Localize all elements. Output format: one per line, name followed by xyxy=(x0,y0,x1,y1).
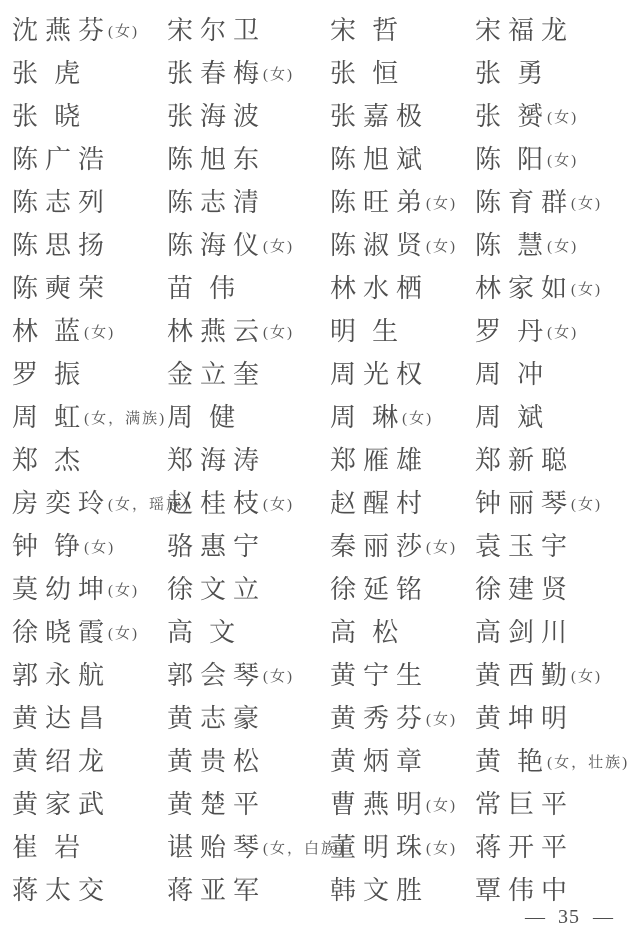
person-name: 陈志清 xyxy=(167,182,266,219)
gender-ethnicity-note: (女) xyxy=(547,321,578,342)
person-name: 蒋开平 xyxy=(475,827,574,864)
person-name: 韩文胜 xyxy=(330,870,429,907)
person-name: 陈 慧 xyxy=(475,225,550,262)
gender-ethnicity-note: (女) xyxy=(426,192,457,213)
person-name: 钟丽琴 xyxy=(475,483,574,520)
person-name: 蒋亚军 xyxy=(167,870,266,907)
name-entry: 陈旭东 xyxy=(167,136,330,179)
name-entry: 莫幼坤 (女) xyxy=(12,566,167,609)
person-name: 莫幼坤 xyxy=(12,569,111,606)
person-name: 林水栖 xyxy=(330,268,429,305)
gender-ethnicity-note: (女) xyxy=(571,278,602,299)
name-entry: 蒋亚军 xyxy=(167,867,330,910)
name-entry: 房奕玲 (女，瑶族) xyxy=(12,480,167,523)
name-entry: 常巨平 xyxy=(475,781,640,824)
person-name: 黄志豪 xyxy=(167,698,266,735)
gender-ethnicity-note: (女) xyxy=(84,536,115,557)
name-entry: 张春梅 (女) xyxy=(167,50,330,93)
person-name: 袁玉宇 xyxy=(475,526,574,563)
name-entry: 陈海仪 (女) xyxy=(167,222,330,265)
person-name: 秦丽莎 xyxy=(330,526,429,563)
person-name: 郑新聪 xyxy=(475,440,574,477)
name-entry: 黄楚平 xyxy=(167,781,330,824)
person-name: 罗 丹 xyxy=(475,311,550,348)
person-name: 谌贻琴 xyxy=(167,827,266,864)
name-entry: 张嘉极 xyxy=(330,93,475,136)
document-page: 沈燕芬 (女) 宋尔卫 宋 哲 宋福龙 张 虎 张春梅 (女) 张 恒 张 勇 … xyxy=(0,0,640,947)
page-footer: — 35 — xyxy=(525,906,613,929)
name-entry: 徐延铭 xyxy=(330,566,475,609)
name-entry: 林燕云 (女) xyxy=(167,308,330,351)
person-name: 张 晓 xyxy=(12,96,87,133)
name-entry: 宋 哲 xyxy=(330,7,475,50)
name-entry: 陈淑贤 (女) xyxy=(330,222,475,265)
person-name: 陈志列 xyxy=(12,182,111,219)
name-entry: 高 松 xyxy=(330,609,475,652)
person-name: 周 冲 xyxy=(475,354,550,391)
name-entry: 陈 慧 (女) xyxy=(475,222,640,265)
name-entry: 袁玉宇 xyxy=(475,523,640,566)
person-name: 沈燕芬 xyxy=(12,10,111,47)
gender-ethnicity-note: (女) xyxy=(263,321,294,342)
person-name: 宋 哲 xyxy=(330,10,405,47)
person-name: 陈海仪 xyxy=(167,225,266,262)
name-entry: 覃伟中 xyxy=(475,867,640,910)
person-name: 赵醒村 xyxy=(330,483,429,520)
name-entry: 高剑川 xyxy=(475,609,640,652)
name-entry: 蒋开平 xyxy=(475,824,640,867)
person-name: 郑雁雄 xyxy=(330,440,429,477)
name-entry: 黄宁生 xyxy=(330,652,475,695)
person-name: 常巨平 xyxy=(475,784,574,821)
person-name: 陈思扬 xyxy=(12,225,111,262)
person-name: 黄家武 xyxy=(12,784,111,821)
name-entry: 周 琳 (女) xyxy=(330,394,475,437)
gender-ethnicity-note: (女) xyxy=(571,665,602,686)
name-entry: 周 虹 (女，满族) xyxy=(12,394,167,437)
name-entry: 黄坤明 xyxy=(475,695,640,738)
name-entry: 赵醒村 xyxy=(330,480,475,523)
name-entry: 黄绍龙 xyxy=(12,738,167,781)
gender-ethnicity-note: (女) xyxy=(426,708,457,729)
person-name: 明 生 xyxy=(330,311,405,348)
person-name: 黄 艳 xyxy=(475,741,550,778)
name-entry: 郑雁雄 xyxy=(330,437,475,480)
name-entry: 曹燕明 (女) xyxy=(330,781,475,824)
person-name: 陈奭荣 xyxy=(12,268,111,305)
name-entry: 陈广浩 xyxy=(12,136,167,179)
name-entry: 罗 振 xyxy=(12,351,167,394)
name-entry: 郑 杰 xyxy=(12,437,167,480)
person-name: 金立奎 xyxy=(167,354,266,391)
name-entry: 徐晓霞 (女) xyxy=(12,609,167,652)
person-name: 黄秀芬 xyxy=(330,698,429,735)
footer-right-dash: — xyxy=(593,906,613,929)
person-name: 罗 振 xyxy=(12,354,87,391)
gender-ethnicity-note: (女) xyxy=(547,149,578,170)
gender-ethnicity-note: (女) xyxy=(402,407,433,428)
person-name: 陈广浩 xyxy=(12,139,111,176)
footer-left-dash: — xyxy=(525,906,545,929)
person-name: 张 勇 xyxy=(475,53,550,90)
gender-ethnicity-note: (女) xyxy=(426,837,457,858)
person-name: 宋福龙 xyxy=(475,10,574,47)
person-name: 黄西勤 xyxy=(475,655,574,692)
gender-ethnicity-note: (女，白族) xyxy=(263,837,345,858)
name-entry: 陈旭斌 xyxy=(330,136,475,179)
person-name: 陈淑贤 xyxy=(330,225,429,262)
person-name: 林燕云 xyxy=(167,311,266,348)
name-entry: 郭会琴 (女) xyxy=(167,652,330,695)
name-entry: 陈志列 xyxy=(12,179,167,222)
person-name: 苗 伟 xyxy=(167,268,242,305)
name-entry: 蒋太交 xyxy=(12,867,167,910)
person-name: 骆惠宁 xyxy=(167,526,266,563)
name-entry: 高 文 xyxy=(167,609,330,652)
gender-ethnicity-note: (女) xyxy=(571,493,602,514)
name-entry: 黄炳章 xyxy=(330,738,475,781)
person-name: 郭会琴 xyxy=(167,655,266,692)
person-name: 宋尔卫 xyxy=(167,10,266,47)
name-entry: 徐文立 xyxy=(167,566,330,609)
person-name: 黄炳章 xyxy=(330,741,429,778)
person-name: 周 虹 xyxy=(12,397,87,434)
name-entry: 陈志清 xyxy=(167,179,330,222)
name-entry: 骆惠宁 xyxy=(167,523,330,566)
name-entry: 陈奭荣 xyxy=(12,265,167,308)
name-entry: 钟丽琴 (女) xyxy=(475,480,640,523)
name-entry: 周 健 xyxy=(167,394,330,437)
person-name: 陈旭斌 xyxy=(330,139,429,176)
name-entry: 林 蓝 (女) xyxy=(12,308,167,351)
name-entry: 金立奎 xyxy=(167,351,330,394)
person-name: 高剑川 xyxy=(475,612,574,649)
name-entry: 黄 艳 (女，壮族) xyxy=(475,738,640,781)
person-name: 周光权 xyxy=(330,354,429,391)
name-entry: 徐建贤 xyxy=(475,566,640,609)
name-entry: 郭永航 xyxy=(12,652,167,695)
gender-ethnicity-note: (女) xyxy=(571,192,602,213)
name-entry: 谌贻琴 (女，白族) xyxy=(167,824,330,867)
name-entry: 黄家武 xyxy=(12,781,167,824)
gender-ethnicity-note: (女) xyxy=(84,321,115,342)
person-name: 郑 杰 xyxy=(12,440,87,477)
name-entry: 黄西勤 (女) xyxy=(475,652,640,695)
name-entry: 郑新聪 xyxy=(475,437,640,480)
name-entry: 黄志豪 xyxy=(167,695,330,738)
name-entry: 黄达昌 xyxy=(12,695,167,738)
person-name: 张 赟 xyxy=(475,96,550,133)
person-name: 高 松 xyxy=(330,612,405,649)
name-entry: 周 斌 xyxy=(475,394,640,437)
person-name: 周 健 xyxy=(167,397,242,434)
person-name: 黄绍龙 xyxy=(12,741,111,778)
person-name: 徐建贤 xyxy=(475,569,574,606)
name-entry: 崔 岩 xyxy=(12,824,167,867)
name-entry: 周 冲 xyxy=(475,351,640,394)
person-name: 高 文 xyxy=(167,612,242,649)
person-name: 张 恒 xyxy=(330,53,405,90)
name-entry: 黄秀芬 (女) xyxy=(330,695,475,738)
gender-ethnicity-note: (女) xyxy=(263,63,294,84)
gender-ethnicity-note: (女) xyxy=(426,794,457,815)
gender-ethnicity-note: (女) xyxy=(426,235,457,256)
name-entry: 罗 丹 (女) xyxy=(475,308,640,351)
name-entry: 张 虎 xyxy=(12,50,167,93)
gender-ethnicity-note: (女) xyxy=(547,235,578,256)
person-name: 蒋太交 xyxy=(12,870,111,907)
gender-ethnicity-note: (女) xyxy=(547,106,578,127)
gender-ethnicity-note: (女，瑶族) xyxy=(108,493,190,514)
person-name: 曹燕明 xyxy=(330,784,429,821)
name-entry: 董明珠 (女) xyxy=(330,824,475,867)
name-entry: 林水栖 xyxy=(330,265,475,308)
name-entry: 明 生 xyxy=(330,308,475,351)
person-name: 陈育群 xyxy=(475,182,574,219)
name-entry: 张 勇 xyxy=(475,50,640,93)
gender-ethnicity-note: (女) xyxy=(263,235,294,256)
name-entry: 张 恒 xyxy=(330,50,475,93)
name-entry: 沈燕芬 (女) xyxy=(12,7,167,50)
person-name: 徐延铭 xyxy=(330,569,429,606)
person-name: 周 斌 xyxy=(475,397,550,434)
person-name: 陈旭东 xyxy=(167,139,266,176)
name-entry: 周光权 xyxy=(330,351,475,394)
person-name: 徐文立 xyxy=(167,569,266,606)
name-entry: 张 赟 (女) xyxy=(475,93,640,136)
person-name: 周 琳 xyxy=(330,397,405,434)
gender-ethnicity-note: (女) xyxy=(426,536,457,557)
gender-ethnicity-note: (女) xyxy=(108,20,139,41)
person-name: 郑海涛 xyxy=(167,440,266,477)
person-name: 徐晓霞 xyxy=(12,612,111,649)
name-entry: 黄贵松 xyxy=(167,738,330,781)
name-entry: 张海波 xyxy=(167,93,330,136)
person-name: 钟 铮 xyxy=(12,526,87,563)
person-name: 黄楚平 xyxy=(167,784,266,821)
person-name: 张嘉极 xyxy=(330,96,429,133)
name-entry: 韩文胜 xyxy=(330,867,475,910)
gender-ethnicity-note: (女，壮族) xyxy=(547,751,629,772)
gender-ethnicity-note: (女) xyxy=(263,493,294,514)
name-entry: 陈思扬 xyxy=(12,222,167,265)
person-name: 张 虎 xyxy=(12,53,87,90)
person-name: 覃伟中 xyxy=(475,870,574,907)
person-name: 黄达昌 xyxy=(12,698,111,735)
gender-ethnicity-note: (女) xyxy=(108,622,139,643)
person-name: 张春梅 xyxy=(167,53,266,90)
name-list-grid: 沈燕芬 (女) 宋尔卫 宋 哲 宋福龙 张 虎 张春梅 (女) 张 恒 张 勇 … xyxy=(12,7,640,910)
name-entry: 宋福龙 xyxy=(475,7,640,50)
name-entry: 郑海涛 xyxy=(167,437,330,480)
gender-ethnicity-note: (女) xyxy=(108,579,139,600)
person-name: 张海波 xyxy=(167,96,266,133)
gender-ethnicity-note: (女，满族) xyxy=(84,407,166,428)
name-entry: 张 晓 xyxy=(12,93,167,136)
person-name: 林 蓝 xyxy=(12,311,87,348)
gender-ethnicity-note: (女) xyxy=(263,665,294,686)
name-entry: 秦丽莎 (女) xyxy=(330,523,475,566)
person-name: 崔 岩 xyxy=(12,827,87,864)
name-entry: 宋尔卫 xyxy=(167,7,330,50)
person-name: 陈 阳 xyxy=(475,139,550,176)
person-name: 黄贵松 xyxy=(167,741,266,778)
name-entry: 陈旺弟 (女) xyxy=(330,179,475,222)
name-entry: 林家如 (女) xyxy=(475,265,640,308)
person-name: 黄坤明 xyxy=(475,698,574,735)
person-name: 林家如 xyxy=(475,268,574,305)
name-entry: 赵桂枝 (女) xyxy=(167,480,330,523)
name-entry: 苗 伟 xyxy=(167,265,330,308)
person-name: 陈旺弟 xyxy=(330,182,429,219)
person-name: 黄宁生 xyxy=(330,655,429,692)
person-name: 郭永航 xyxy=(12,655,111,692)
name-entry: 陈育群 (女) xyxy=(475,179,640,222)
page-number: 35 xyxy=(558,906,580,929)
name-entry: 陈 阳 (女) xyxy=(475,136,640,179)
name-entry: 钟 铮 (女) xyxy=(12,523,167,566)
person-name: 房奕玲 xyxy=(12,483,111,520)
